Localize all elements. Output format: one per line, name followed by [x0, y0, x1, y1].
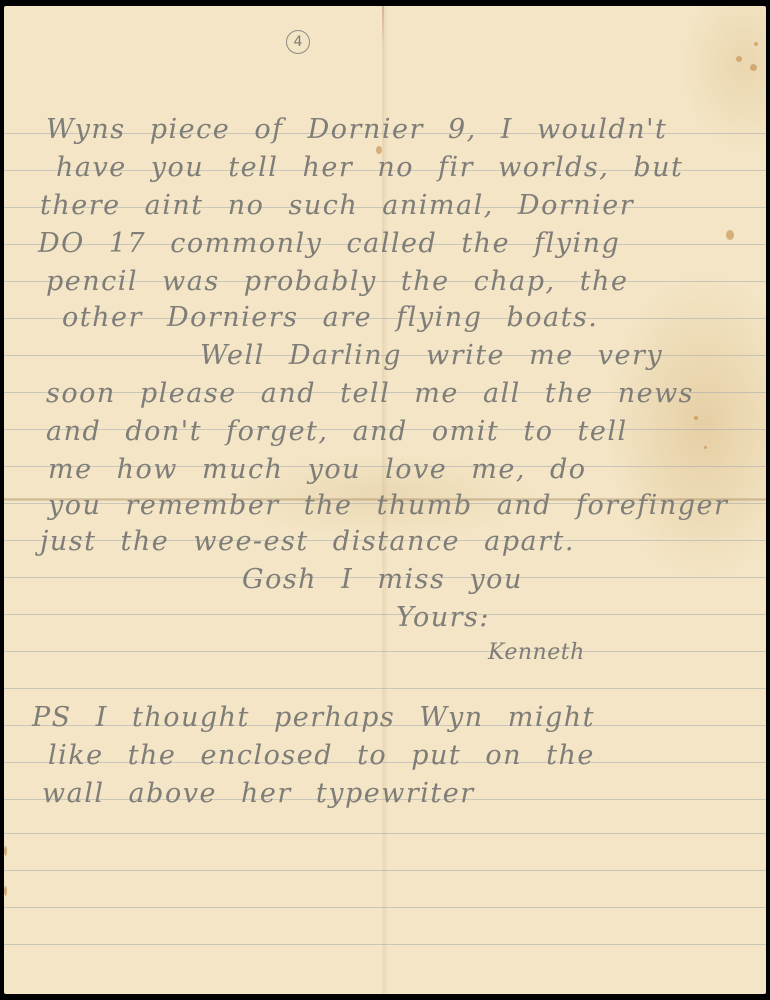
letter-page: 4 Wyns piece of Dornier 9, I wouldn't ha… [4, 6, 766, 994]
ruled-line [4, 907, 766, 908]
letter-line: just the wee-est distance apart. [40, 526, 575, 557]
closing-line: Gosh I miss you [242, 564, 523, 595]
foxing-spot [4, 846, 7, 856]
letter-line: pencil was probably the chap, the [46, 266, 628, 297]
foxing-spot [736, 56, 742, 62]
letter-line: Well Darling write me very [200, 340, 663, 371]
letter-line: there aint no such animal, Dornier [40, 190, 634, 221]
ruled-line [4, 688, 766, 689]
page-number: 4 [286, 30, 310, 54]
ruled-line [4, 833, 766, 834]
letter-line: you remember the thumb and forefinger [48, 490, 728, 521]
letter-line: soon please and tell me all the news [46, 378, 694, 409]
letter-line: Wyns piece of Dornier 9, I wouldn't [46, 114, 667, 145]
postscript-line: wall above her typewriter [42, 778, 475, 809]
postscript-line: like the enclosed to put on the [48, 740, 595, 771]
foxing-spot [694, 416, 698, 420]
signature: Kenneth [488, 640, 585, 665]
foxing-spot [754, 42, 758, 46]
ruled-line [4, 870, 766, 871]
letter-line: DO 17 commonly called the flying [38, 228, 620, 259]
ruled-line [4, 944, 766, 945]
ruled-line [4, 614, 766, 615]
ruled-line [4, 651, 766, 652]
letter-line: and don't forget, and omit to tell [46, 416, 628, 447]
valediction: Yours: [396, 602, 490, 633]
postscript-line: PS I thought perhaps Wyn might [32, 702, 595, 733]
letter-line: me how much you love me, do [48, 454, 587, 485]
foxing-spot [750, 64, 757, 71]
foxing-spot [726, 230, 734, 240]
letter-line: have you tell her no fir worlds, but [56, 152, 683, 183]
letter-line: other Dorniers are flying boats. [62, 302, 598, 333]
foxing-spot [704, 446, 707, 449]
foxing-spot [4, 886, 7, 896]
